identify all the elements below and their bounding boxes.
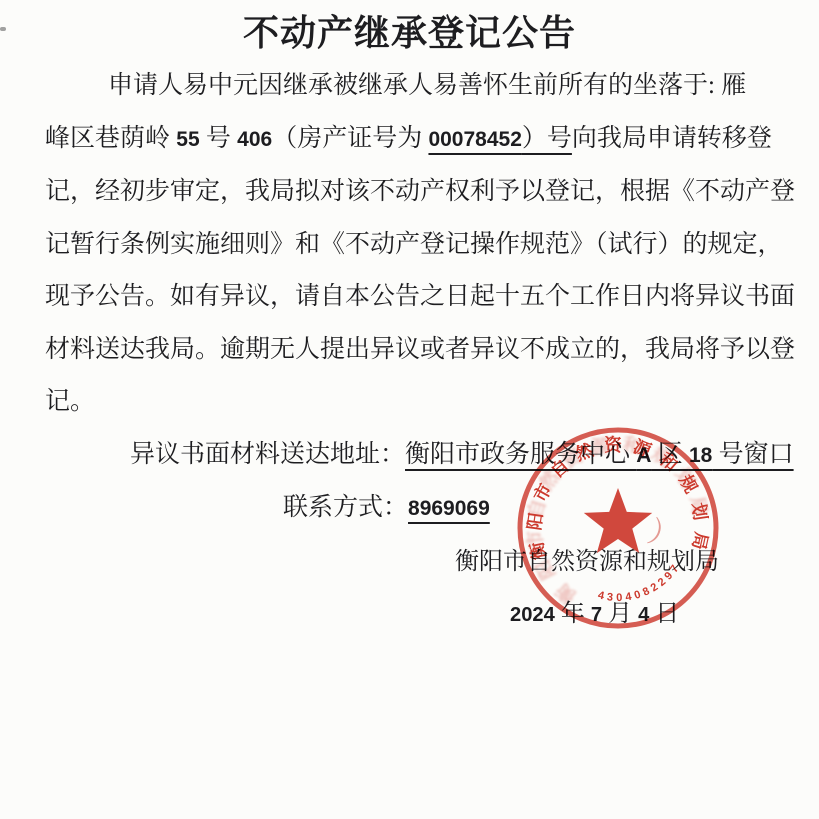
text-segment: 联系方式： <box>283 494 408 521</box>
body-line-2: 峰区巷荫岭 55 号 406（房产证号为 00078452）号向我局申请转移登 <box>45 113 779 167</box>
text-segment: 号 <box>200 125 238 152</box>
text-segment: 记，经初步审定，我局拟对该不动产权利予以登记，根据《不动产登 <box>45 178 795 205</box>
text-segment: 衡阳市政务服务中心 <box>405 441 636 468</box>
text-segment: 8969069 <box>408 497 490 520</box>
text-segment: （房产证号为 <box>272 125 428 152</box>
document-body: 申请人易中元因继承被继承人易善怀生前所有的坐落于: 雁峰区巷荫岭 55 号 40… <box>0 60 819 642</box>
text-segment: 区 <box>651 441 689 468</box>
page-title: 不动产继承登记公告 <box>0 0 819 58</box>
scan-speck <box>0 27 6 31</box>
address-line: 异议书面材料送达地址：衡阳市政务服务中心 A 区 18 号窗口 <box>45 429 779 483</box>
issuer-line: 衡阳市自然资源和规划局 <box>455 536 779 589</box>
text-segment: 7 <box>591 604 602 626</box>
text-segment: 材料送达我局。逾期无人提出异议或者异议不成立的，我局将予以登 <box>45 336 795 363</box>
text-segment: 18 <box>689 444 712 467</box>
text-segment: 日 <box>649 601 679 627</box>
text-segment: 2024 <box>510 604 555 626</box>
text-segment: 号窗口 <box>712 441 793 468</box>
text-segment: 406 <box>237 128 272 151</box>
body-line-3: 记，经初步审定，我局拟对该不动产权利予以登记，根据《不动产登 <box>45 166 779 219</box>
text-segment: 月 <box>602 601 638 627</box>
text-segment: 记暂行条例实施细则》和《不动产登记操作规范》（试行）的规定， <box>45 231 783 258</box>
text-segment: 异议书面材料送达地址： <box>130 441 405 468</box>
text-segment: 55 <box>176 128 199 151</box>
text-segment: 00078452 <box>428 128 521 151</box>
contact-line: 联系方式：8969069 <box>283 482 779 536</box>
body-line-6: 材料送达我局。逾期无人提出异议或者异议不成立的，我局将予以登 <box>45 324 779 377</box>
text-segment: 申请人易中元因继承被继承人易善怀生前所有的坐落于: 雁 <box>108 72 746 99</box>
text-segment: 现予公告。如有异议，请自本公告之日起十五个工作日内将异议书面 <box>45 283 795 310</box>
body-line-7: 记。 <box>45 376 779 429</box>
body-line-1: 申请人易中元因继承被继承人易善怀生前所有的坐落于: 雁 <box>45 60 779 113</box>
text-segment: 衡阳市自然资源和规划局 <box>455 549 719 575</box>
date-line: 2024 年 7 月 4 日 <box>510 588 779 642</box>
text-segment: 记。 <box>45 388 95 415</box>
text-segment: 4 <box>638 604 649 626</box>
text-segment: 峰区巷荫岭 <box>45 125 176 152</box>
text-segment: 向我局申请转移登 <box>572 125 772 152</box>
text-segment: 年 <box>555 601 591 627</box>
body-line-4: 记暂行条例实施细则》和《不动产登记操作规范》（试行）的规定， <box>45 219 779 272</box>
text-segment: A <box>636 444 651 467</box>
document-page: 不动产继承登记公告 申请人易中元因继承被继承人易善怀生前所有的坐落于: 雁峰区巷… <box>0 0 819 819</box>
text-segment: ）号 <box>522 125 572 152</box>
body-line-5: 现予公告。如有异议，请自本公告之日起十五个工作日内将异议书面 <box>45 271 779 324</box>
